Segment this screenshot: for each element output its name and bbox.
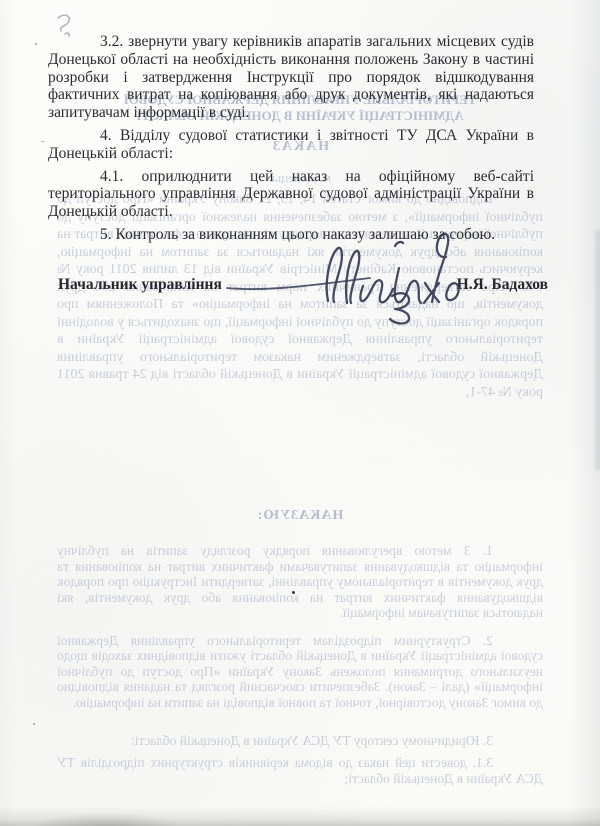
scan-shadow-right-edge (593, 230, 600, 470)
scan-speck (33, 723, 35, 725)
scan-shadow-bottom-edge (0, 806, 600, 826)
bleedthrough-paragraph-3: 3. Юридичному сектору ТУ ДСА України в Д… (57, 733, 543, 749)
bleedthrough-paragraph-3-1: 3.1. довести цей наказ до відома керівни… (57, 755, 543, 786)
order-body: 3.2. звернути увагу керівників апаратів … (48, 33, 534, 249)
scan-speck (41, 141, 44, 142)
handwritten-signature (200, 226, 490, 338)
order-paragraph-4: 4. Відділу судової статистики і звітност… (48, 127, 534, 163)
scan-speck (35, 43, 37, 45)
bleedthrough-nakazuyu: НАКАЗУЮ: (190, 508, 410, 524)
scan-speck (292, 591, 295, 594)
signatory-title: Начальник управління (58, 276, 222, 294)
bleedthrough-paragraph-1: 1. З метою врегулювання порядку розгляду… (57, 543, 543, 621)
order-paragraph-4-1: 4.1. оприлюднити цей наказ на офіційному… (48, 168, 534, 221)
scanned-document-page: ТЕРИТОРІАЛЬНЕ УПРАВЛІННЯ ДЕРЖАВНОЇ СУДОВ… (0, 0, 600, 826)
order-paragraph-3-2: 3.2. звернути увагу керівників апаратів … (48, 33, 534, 122)
bleedthrough-paragraph-2: 2. Структурним підрозділам територіально… (57, 633, 543, 710)
